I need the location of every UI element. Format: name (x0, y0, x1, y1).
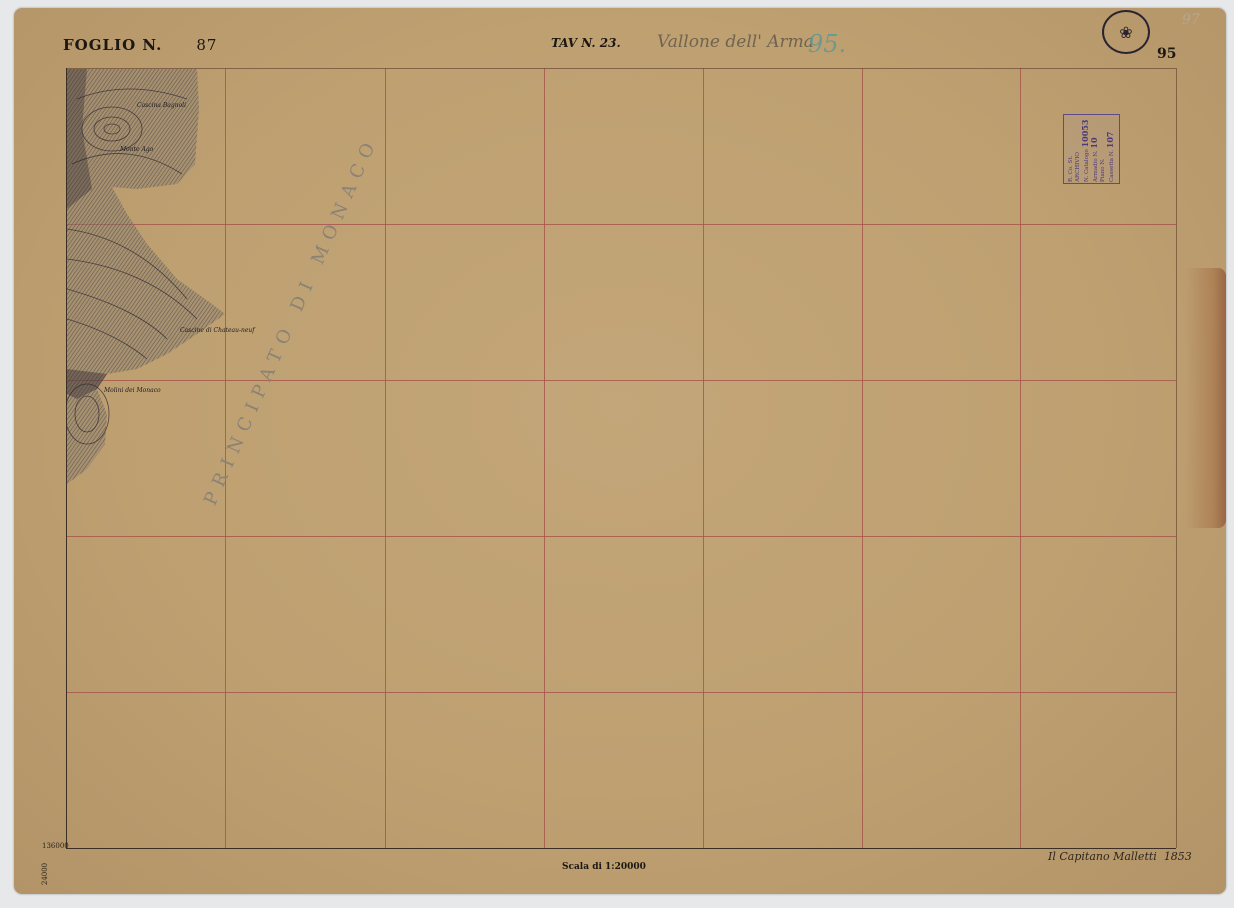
coordinate-y: 136000 (42, 842, 69, 850)
archive-seal-icon: ❀ (1102, 10, 1150, 54)
handwritten-number: 95. (808, 30, 846, 58)
grid-line (862, 68, 863, 848)
grid-line (66, 536, 1176, 537)
grid-line (385, 68, 386, 848)
stamp-armadio: Armadio N. 10 (1091, 116, 1100, 182)
stamp-piano: Piano N. (1100, 116, 1107, 182)
place-label: Cascine di Chateau-neuf (180, 327, 254, 334)
place-label: Monte Ago (120, 146, 153, 153)
faint-corner-number: 97 (1182, 12, 1200, 28)
foglio-number: 87 (196, 36, 217, 54)
coordinate-x: 24000 (41, 863, 49, 885)
frame-border-bottom (66, 848, 1176, 849)
stamp-cassetta: Cassetta N. 107 (1107, 116, 1116, 182)
grid-line (66, 692, 1176, 693)
tav-label: TAV N. 23. (551, 36, 621, 50)
place-label: Molini dei Monaco (104, 387, 161, 394)
stamp-line: R. Co. St. (1068, 116, 1075, 182)
grid-line (703, 68, 704, 848)
signature: Il Capitano Malletti 1853 (1048, 850, 1192, 863)
scale-label: Scala di 1:20000 (562, 862, 646, 872)
sheet-title: FOGLIO N.87 (63, 36, 217, 54)
sheet-number: 95 (1157, 46, 1176, 62)
stamp-catalog: N. Catalogo 10053 (1082, 116, 1091, 182)
grid-line (544, 68, 545, 848)
archive-stamp: R. Co. St. ARCHIVIO N. Catalogo 10053 Ar… (1063, 114, 1120, 184)
frame-border-right (1176, 68, 1177, 848)
handwritten-title: Vallone dell' Arma (657, 32, 814, 52)
year: 1853 (1164, 850, 1192, 863)
grid-line (1020, 68, 1021, 848)
place-label: Cascina Bagnoli (137, 102, 186, 109)
foglio-label: FOGLIO N. (63, 36, 162, 54)
